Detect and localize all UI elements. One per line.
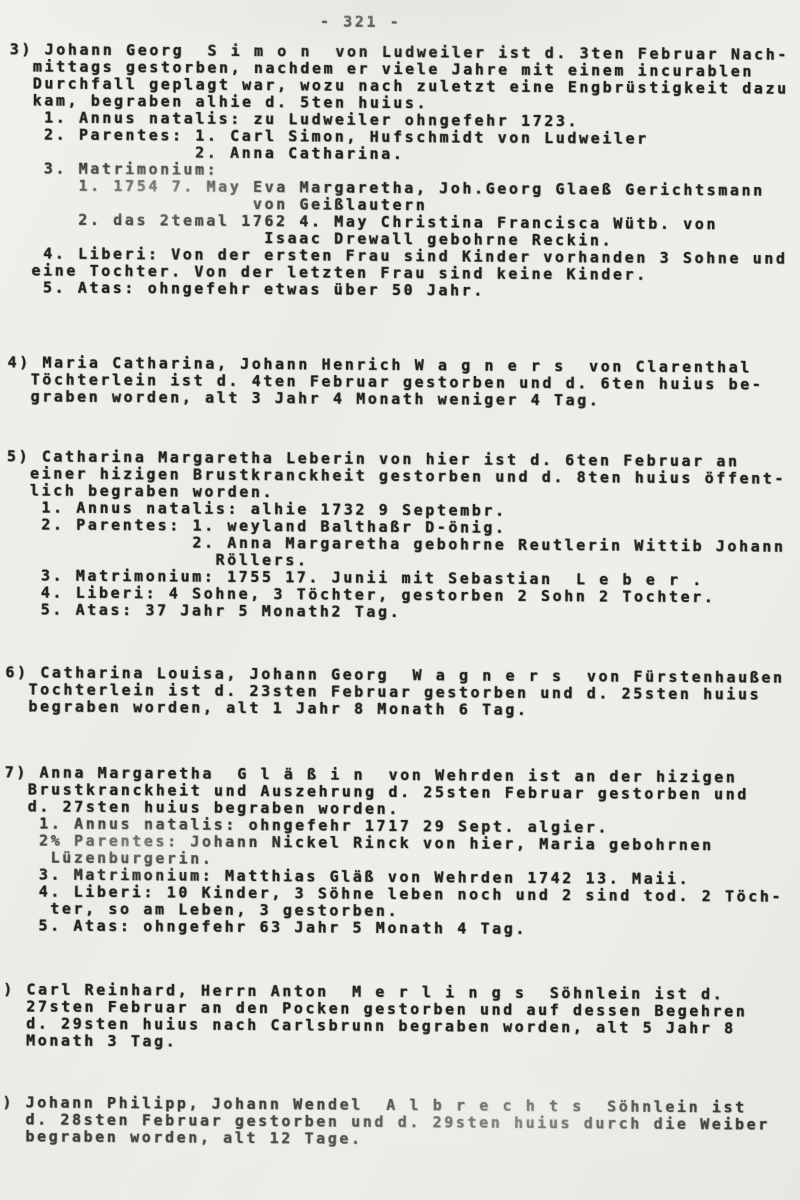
death-record-6-wagner: 6) Catharina Louisa, Johann Georg W a g … <box>5 664 795 721</box>
record-text: ) Carl Reinhard, Herrn Anton M e r l i n… <box>3 981 793 1055</box>
record-text: ) Johann Philipp, Johann Wendel A l b r … <box>2 1094 792 1151</box>
scanned-register-page: - 321 - 3) Johann Georg S i m o n von Lu… <box>0 0 800 1200</box>
death-record-3-simon: 3) Johann Georg S i m o n von Ludweiler … <box>8 41 800 302</box>
death-record-9-albrecht: ) Johann Philipp, Johann Wendel A l b r … <box>2 1094 792 1151</box>
page-number: - 321 - <box>320 13 800 33</box>
record-text: 4) Maria Catharina, Johann Henrich W a g… <box>7 354 797 411</box>
typewritten-text-block: - 321 - 3) Johann Georg S i m o n von Lu… <box>0 9 800 1151</box>
death-record-7-glaessin: 7) Anna Margaretha G l ä ß i n von Wehrd… <box>4 764 795 940</box>
record-text: 3) Johann Georg S i m o n von Ludweiler … <box>8 41 800 302</box>
record-text: 7) Anna Margaretha G l ä ß i n von Wehrd… <box>4 764 795 940</box>
record-text: 5) Catharina Margaretha Leberin von hier… <box>6 448 797 624</box>
death-record-5-leberin: 5) Catharina Margaretha Leberin von hier… <box>6 448 797 624</box>
death-record-4-wagner: 4) Maria Catharina, Johann Henrich W a g… <box>7 354 797 411</box>
death-record-8-merling: ) Carl Reinhard, Herrn Anton M e r l i n… <box>3 981 793 1055</box>
record-text: 6) Catharina Louisa, Johann Georg W a g … <box>5 664 795 721</box>
